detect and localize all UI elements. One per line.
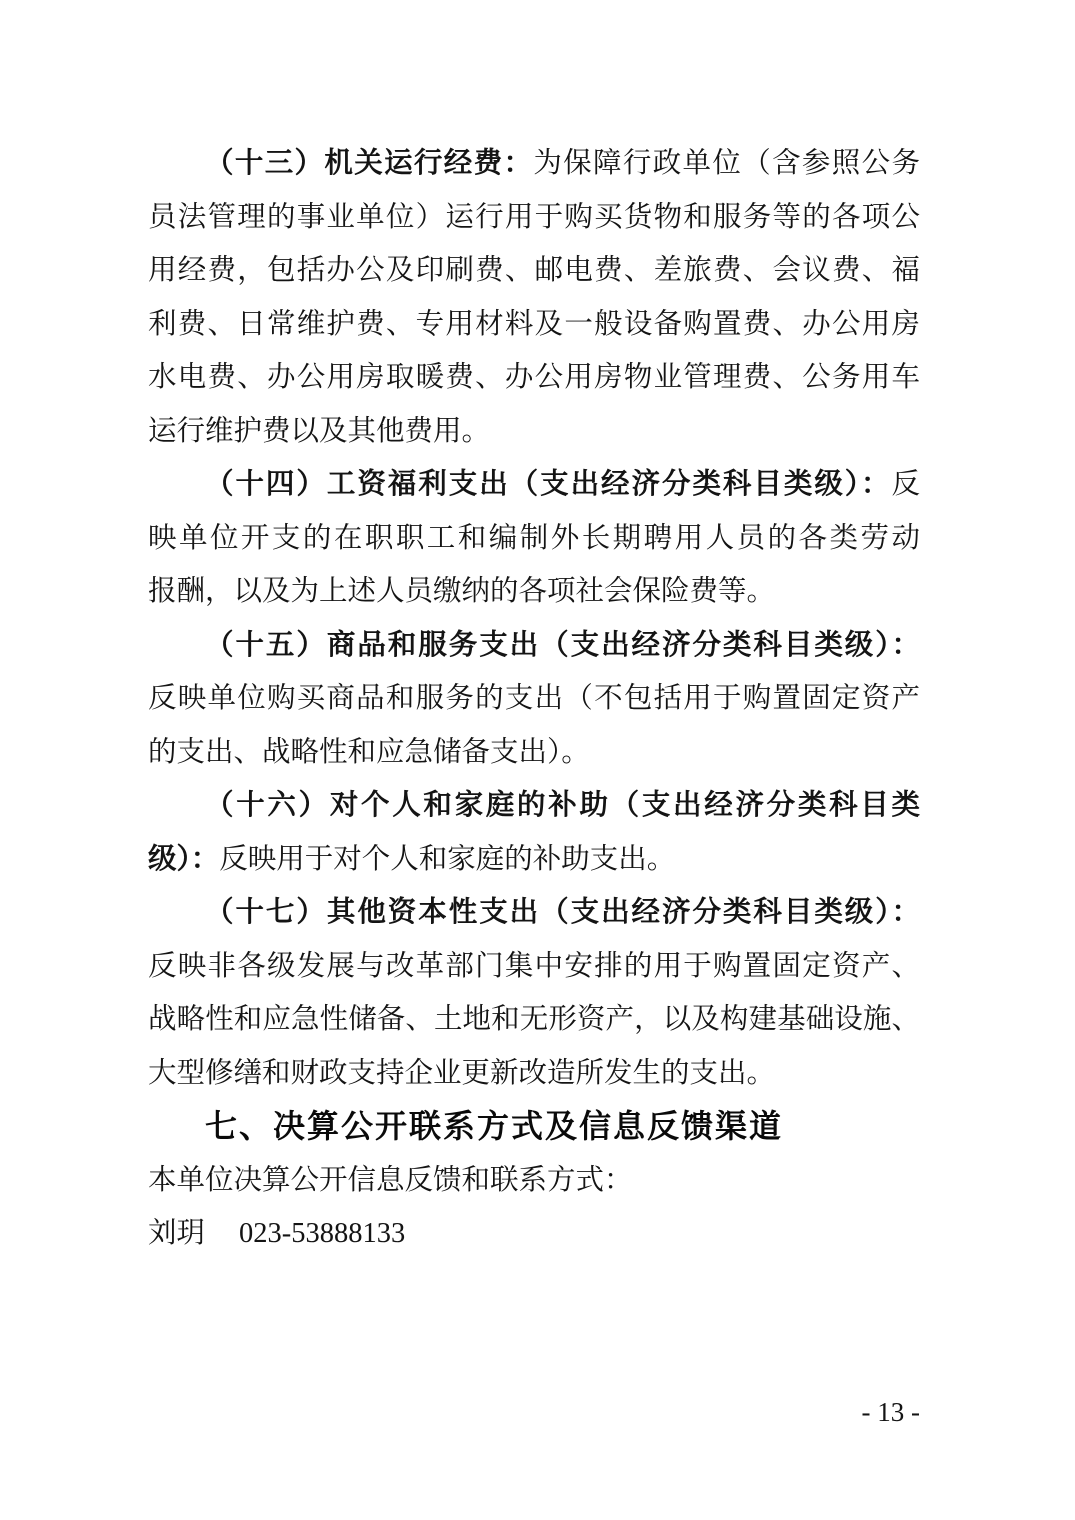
document-page: （十三）机关运行经费：为保障行政单位（含参照公务员法管理的事业单位）运行用于购买… xyxy=(0,0,1075,1520)
paragraph-lead: （十五）商品和服务支出（支出经济分类科目类级）： xyxy=(205,630,920,661)
section-heading: 七、决算公开联系方式及信息反馈渠道 xyxy=(148,1100,920,1154)
paragraph-text: 反映非各级发展与改革部门集中安排的用于购置固定资产、 xyxy=(148,951,920,982)
paragraph-text: 利费、日常维护费、专用材料及一般设备购置费、办公用房 xyxy=(148,309,920,340)
paragraphs-container: （十三）机关运行经费：为保障行政单位（含参照公务员法管理的事业单位）运行用于购买… xyxy=(148,137,920,1100)
paragraph-lead: （十七）其他资本性支出（支出经济分类科目类级）： xyxy=(205,897,920,928)
text-line: 反映非各级发展与改革部门集中安排的用于购置固定资产、 xyxy=(148,940,920,994)
document-content: （十三）机关运行经费：为保障行政单位（含参照公务员法管理的事业单位）运行用于购买… xyxy=(148,137,920,1261)
paragraph-text: 反映单位购买商品和服务的支出（不包括用于购置固定资产 xyxy=(148,683,920,714)
paragraph-text: 映单位开支的在职职工和编制外长期聘用人员的各类劳动 xyxy=(148,523,920,554)
text-line: （十七）其他资本性支出（支出经济分类科目类级）： xyxy=(148,886,920,940)
text-line: （十四）工资福利支出（支出经济分类科目类级）：反 xyxy=(148,458,920,512)
contact-line: 刘玥023-53888133 xyxy=(148,1207,920,1261)
paragraph-text: 反 xyxy=(891,469,920,500)
text-line: 用经费，包括办公及印刷费、邮电费、差旅费、会议费、福 xyxy=(148,244,920,298)
paragraph-lead: （十三）机关运行经费： xyxy=(205,148,533,179)
text-line: 报酬，以及为上述人员缴纳的各项社会保险费等。 xyxy=(148,565,920,619)
text-line: 映单位开支的在职职工和编制外长期聘用人员的各类劳动 xyxy=(148,512,920,566)
text-line: （十六）对个人和家庭的补助（支出经济分类科目类 xyxy=(148,779,920,833)
text-line: （十三）机关运行经费：为保障行政单位（含参照公务 xyxy=(148,137,920,191)
paragraph-text: 用经费，包括办公及印刷费、邮电费、差旅费、会议费、福 xyxy=(148,255,920,286)
page-number: - 13 - xyxy=(862,1392,920,1432)
paragraph-text: 的支出、战略性和应急储备支出）。 xyxy=(148,737,590,768)
contact-intro-line: 本单位决算公开信息反馈和联系方式： xyxy=(148,1154,920,1208)
paragraph-text: 为保障行政单位（含参照公务 xyxy=(533,148,920,179)
contact-name: 刘玥 xyxy=(148,1218,205,1249)
text-line: （十五）商品和服务支出（支出经济分类科目类级）： xyxy=(148,619,920,673)
paragraph-3: （十五）商品和服务支出（支出经济分类科目类级）：反映单位购买商品和服务的支出（不… xyxy=(148,619,920,780)
text-line: 大型修缮和财政支持企业更新改造所发生的支出。 xyxy=(148,1047,920,1101)
paragraph-text: 员法管理的事业单位）运行用于购买货物和服务等的各项公 xyxy=(148,202,920,233)
paragraph-text: 大型修缮和财政支持企业更新改造所发生的支出。 xyxy=(148,1058,775,1089)
text-line: 运行维护费以及其他费用。 xyxy=(148,405,920,459)
paragraph-text: 运行维护费以及其他费用。 xyxy=(148,416,490,447)
paragraph-text: 水电费、办公用房取暖费、办公用房物业管理费、公务用车 xyxy=(148,362,920,393)
paragraph-lead: 级）： xyxy=(148,844,219,875)
text-line: 利费、日常维护费、专用材料及一般设备购置费、办公用房 xyxy=(148,298,920,352)
paragraph-lead: （十四）工资福利支出（支出经济分类科目类级）： xyxy=(205,469,891,500)
paragraph-text: 报酬，以及为上述人员缴纳的各项社会保险费等。 xyxy=(148,576,775,607)
text-line: 水电费、办公用房取暖费、办公用房物业管理费、公务用车 xyxy=(148,351,920,405)
contact-phone: 023-53888133 xyxy=(239,1218,405,1249)
paragraph-lead: （十六）对个人和家庭的补助（支出经济分类科目类 xyxy=(205,790,920,821)
paragraph-1: （十三）机关运行经费：为保障行政单位（含参照公务员法管理的事业单位）运行用于购买… xyxy=(148,137,920,458)
paragraph-2: （十四）工资福利支出（支出经济分类科目类级）：反映单位开支的在职职工和编制外长期… xyxy=(148,458,920,619)
text-line: 员法管理的事业单位）运行用于购买货物和服务等的各项公 xyxy=(148,191,920,245)
paragraph-text: 战略性和应急性储备、土地和无形资产，以及构建基础设施、 xyxy=(148,1004,920,1035)
paragraph-5: （十七）其他资本性支出（支出经济分类科目类级）：反映非各级发展与改革部门集中安排… xyxy=(148,886,920,1100)
paragraph-text: 反映用于对个人和家庭的补助支出。 xyxy=(219,844,675,875)
text-line: 级）：反映用于对个人和家庭的补助支出。 xyxy=(148,833,920,887)
text-line: 的支出、战略性和应急储备支出）。 xyxy=(148,726,920,780)
paragraph-4: （十六）对个人和家庭的补助（支出经济分类科目类级）：反映用于对个人和家庭的补助支… xyxy=(148,779,920,886)
text-line: 战略性和应急性储备、土地和无形资产，以及构建基础设施、 xyxy=(148,993,920,1047)
text-line: 反映单位购买商品和服务的支出（不包括用于购置固定资产 xyxy=(148,672,920,726)
